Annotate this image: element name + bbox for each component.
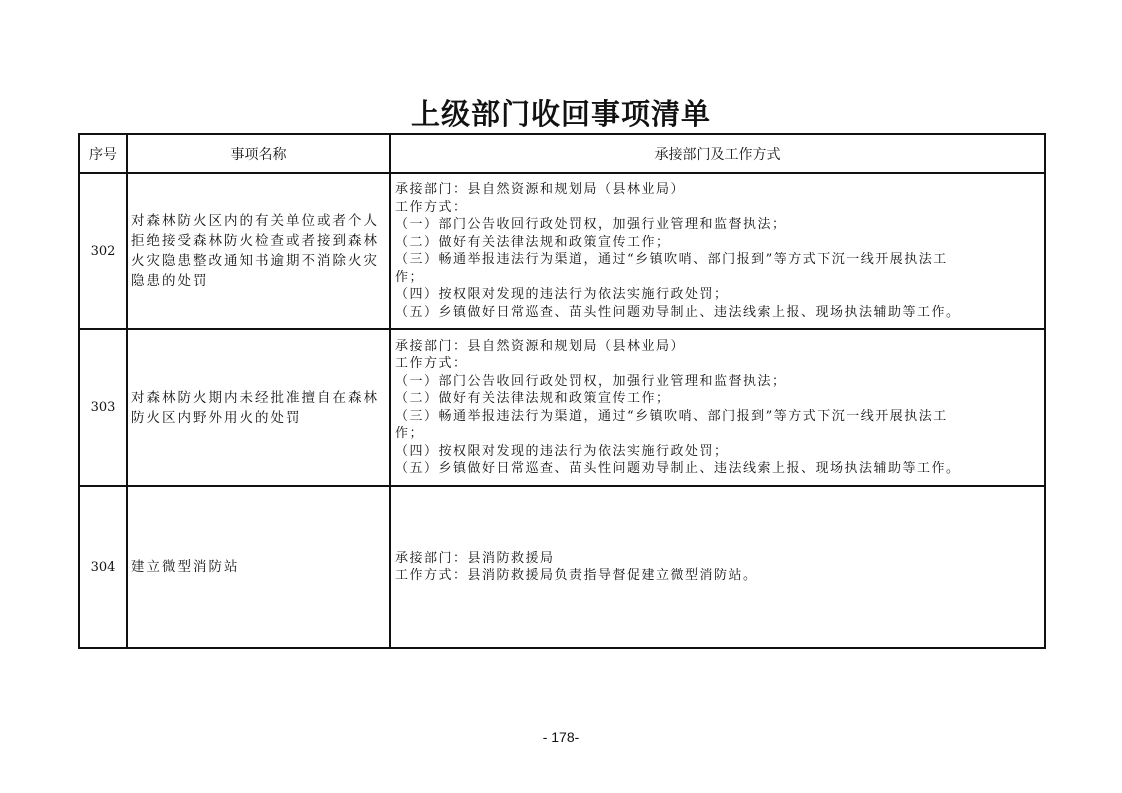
method-line: （四）按权限对发现的违法行为依法实施行政处罚；	[395, 286, 1040, 304]
serial-number: 304	[79, 486, 127, 648]
header-department-and-method: 承接部门及工作方式	[390, 134, 1045, 173]
method-line: 作；	[395, 425, 1040, 443]
items-table: 序号 事项名称 承接部门及工作方式 302 对森林防火区内的有关单位或者个人拒绝…	[78, 133, 1046, 649]
method-line: （四）按权限对发现的违法行为依法实施行政处罚；	[395, 443, 1040, 461]
method-line: 作；	[395, 269, 1040, 287]
method-line: 工作方式：县消防救援局负责指导督促建立微型消防站。	[395, 567, 1040, 585]
department-and-method: 承接部门：县消防救援局 工作方式：县消防救援局负责指导督促建立微型消防站。	[390, 486, 1045, 648]
item-name: 建立微型消防站	[127, 486, 390, 648]
method-line: （五）乡镇做好日常巡查、苗头性问题劝导制止、违法线索上报、现场执法辅助等工作。	[395, 304, 1040, 322]
table-row: 303 对森林防火期内未经批准擅自在森林防火区内野外用火的处罚 承接部门：县自然…	[79, 329, 1045, 486]
method-line: 承接部门：县消防救援局	[395, 550, 1040, 568]
department-and-method: 承接部门：县自然资源和规划局（县林业局） 工作方式： （一）部门公告收回行政处罚…	[390, 329, 1045, 486]
method-line: （二）做好有关法律法规和政策宣传工作；	[395, 390, 1040, 408]
item-name: 对森林防火区内的有关单位或者个人拒绝接受森林防火检查或者接到森林火灾隐患整改通知…	[127, 173, 390, 329]
page-number: - 178-	[0, 729, 1122, 745]
method-line: （一）部门公告收回行政处罚权，加强行业管理和监督执法；	[395, 373, 1040, 391]
method-line: （三）畅通举报违法行为渠道，通过“乡镇吹哨、部门报到”等方式下沉一线开展执法工	[395, 251, 1040, 269]
serial-number: 302	[79, 173, 127, 329]
method-line: 承接部门：县自然资源和规划局（县林业局）	[395, 181, 1040, 199]
method-line: （三）畅通举报违法行为渠道，通过“乡镇吹哨、部门报到”等方式下沉一线开展执法工	[395, 408, 1040, 426]
department-and-method: 承接部门：县自然资源和规划局（县林业局） 工作方式： （一）部门公告收回行政处罚…	[390, 173, 1045, 329]
method-line: 工作方式：	[395, 199, 1040, 217]
table-row: 302 对森林防火区内的有关单位或者个人拒绝接受森林防火检查或者接到森林火灾隐患…	[79, 173, 1045, 329]
method-line: （五）乡镇做好日常巡查、苗头性问题劝导制止、违法线索上报、现场执法辅助等工作。	[395, 460, 1040, 478]
method-line: 工作方式：	[395, 355, 1040, 373]
item-name: 对森林防火期内未经批准擅自在森林防火区内野外用火的处罚	[127, 329, 390, 486]
serial-number: 303	[79, 329, 127, 486]
header-item-name: 事项名称	[127, 134, 390, 173]
method-line: 承接部门：县自然资源和规划局（县林业局）	[395, 338, 1040, 356]
table-header-row: 序号 事项名称 承接部门及工作方式	[79, 134, 1045, 173]
header-serial-number: 序号	[79, 134, 127, 173]
table-row: 304 建立微型消防站 承接部门：县消防救援局 工作方式：县消防救援局负责指导督…	[79, 486, 1045, 648]
document-title: 上级部门收回事项清单	[0, 92, 1122, 133]
method-line: （二）做好有关法律法规和政策宣传工作；	[395, 234, 1040, 252]
method-line: （一）部门公告收回行政处罚权，加强行业管理和监督执法；	[395, 216, 1040, 234]
